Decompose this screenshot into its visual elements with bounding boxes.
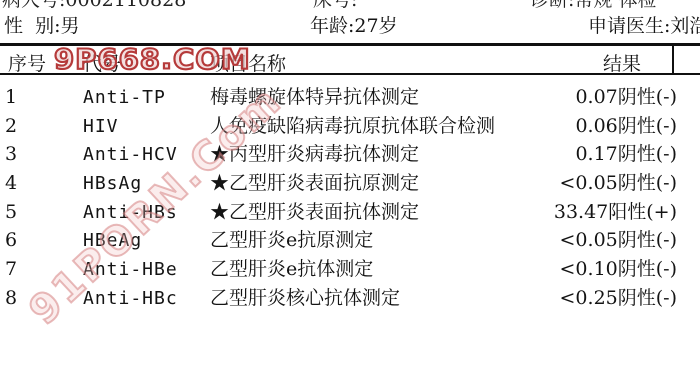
- row-result: <0.25阴性(-): [457, 284, 677, 313]
- row-result: <0.05阴性(-): [457, 169, 677, 198]
- row-seq: 3: [5, 140, 45, 169]
- row-seq: 1: [5, 83, 45, 112]
- diagnosis-field: 诊断:常规 体检: [530, 0, 656, 11]
- row-code: Anti-TP: [83, 83, 208, 112]
- col-header-seq: 序号: [8, 49, 46, 76]
- doctor-field: 申请医生:刘浩: [588, 15, 700, 37]
- row-seq: 2: [5, 112, 45, 141]
- patient-no-field: 病人号:0002110828: [2, 0, 186, 11]
- row-seq: 5: [5, 198, 45, 227]
- row-result: 0.07阴性(-): [457, 83, 677, 112]
- table-right-tick: [672, 43, 674, 75]
- row-code: Anti-HBc: [83, 284, 208, 313]
- row-result: 0.17阴性(-): [457, 140, 677, 169]
- table-row: 3 Anti-HCV ★丙型肝炎病毒抗体测定 0.17阴性(-): [0, 140, 700, 169]
- row-result: <0.10阴性(-): [457, 255, 677, 284]
- row-seq: 6: [5, 226, 45, 255]
- row-result: <0.05阴性(-): [457, 226, 677, 255]
- row-seq: 7: [5, 255, 45, 284]
- row-result: 33.47阳性(+): [457, 198, 677, 227]
- lab-report-page: 病人号:0002110828 床号: 诊断:常规 体检 性 别:男 年龄:27岁…: [0, 0, 700, 389]
- table-row: 2 HIV 人免疫缺陷病毒抗原抗体联合检测 0.06阴性(-): [0, 112, 700, 141]
- age-field: 年龄:27岁: [310, 15, 398, 37]
- bed-no-field: 床号:: [313, 0, 357, 11]
- row-seq: 4: [5, 169, 45, 198]
- row-code: HIV: [83, 112, 208, 141]
- gender-field: 性 别:男: [4, 15, 79, 37]
- row-result: 0.06阴性(-): [457, 112, 677, 141]
- table-row: 1 Anti-TP 梅毒螺旋体特异抗体测定 0.07阴性(-): [0, 83, 700, 112]
- table-row: 8 Anti-HBc 乙型肝炎核心抗体测定 <0.25阴性(-): [0, 284, 700, 313]
- site-watermark: 9P668.COM: [54, 43, 251, 75]
- table-row: 4 HBsAg ★乙型肝炎表面抗原测定 <0.05阴性(-): [0, 169, 700, 198]
- col-header-result: 结果: [603, 49, 641, 76]
